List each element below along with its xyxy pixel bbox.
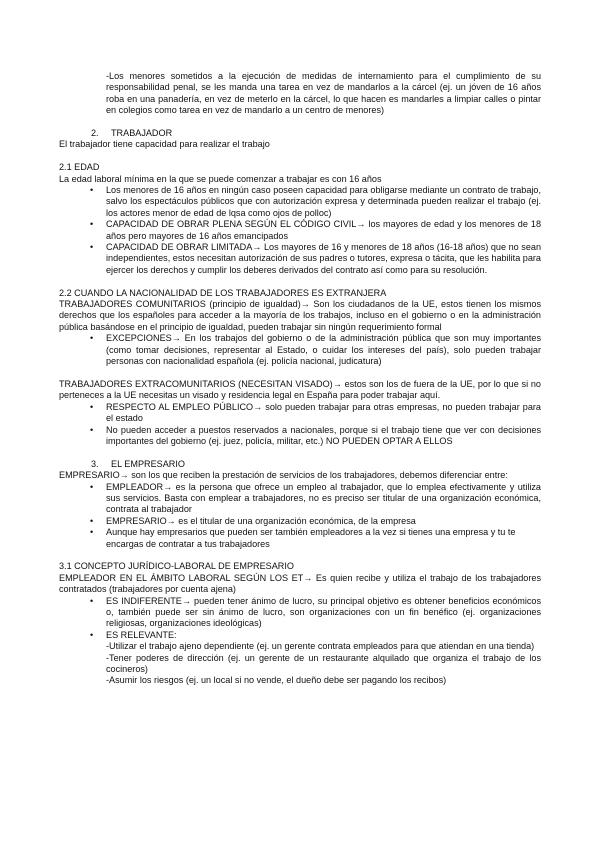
list-item: CAPACIDAD DE OBRAR PLENA SEGÚN EL CÓDIGO…	[59, 219, 541, 242]
list-item: No pueden acceder a puestos reservados a…	[59, 425, 541, 448]
list-item: CAPACIDAD DE OBRAR LIMITADA→ Los mayores…	[59, 242, 541, 276]
list-item: EXCEPCIONES→ En los trabajos del gobiern…	[59, 333, 541, 367]
section-3-1-list: ES INDIFERENTE→ pueden tener ánimo de lu…	[59, 596, 541, 687]
section-title: EL EMPRESARIO	[111, 459, 185, 469]
section-number: 3.	[91, 459, 111, 470]
intro-paragraph: -Los menores sometidos a la ejecución de…	[59, 71, 541, 117]
extracomunitarios-paragraph: TRABAJADORES EXTRACOMUNITARIOS (NECESITA…	[59, 379, 541, 402]
section-title: TRABAJADOR	[111, 128, 172, 138]
list-item: EMPLEADOR→ es la persona que ofrece un e…	[59, 482, 541, 516]
list-item: RESPECTO AL EMPLEO PÚBLICO→ solo pueden …	[59, 402, 541, 425]
relevante-item: -Utilizar el trabajo ajeno dependiente (…	[106, 641, 541, 652]
section-2-text: El trabajador tiene capacidad para reali…	[59, 139, 541, 150]
section-number: 2.	[91, 128, 111, 139]
section-2-1-list: Los menores de 16 años en ningún caso po…	[59, 185, 541, 276]
section-2-heading: 2.TRABAJADOR	[59, 128, 541, 139]
comunitarios-paragraph: TRABAJADORES COMUNITARIOS (principio de …	[59, 299, 541, 333]
section-3-text: EMPRESARIO→ son los que reciben la prest…	[59, 470, 541, 481]
section-3-1-text: EMPLEADOR EN EL ÁMBITO LABORAL SEGÚN LOS…	[59, 573, 541, 596]
extracomunitarios-list: RESPECTO AL EMPLEO PÚBLICO→ solo pueden …	[59, 402, 541, 448]
section-3-heading: 3.EL EMPRESARIO	[59, 459, 541, 470]
section-2-1-heading: 2.1 EDAD	[59, 162, 541, 173]
list-item: ES INDIFERENTE→ pueden tener ánimo de lu…	[59, 596, 541, 630]
relevante-item: -Asumir los riesgos (ej. un local si no …	[106, 675, 541, 686]
list-item: Aunque hay empresarios que pueden ser ta…	[59, 527, 541, 550]
section-3-1-heading: 3.1 CONCEPTO JURÍDICO-LABORAL DE EMPRESA…	[59, 561, 541, 572]
list-item: EMPRESARIO→ es el titular de una organiz…	[59, 516, 541, 527]
section-3-list: EMPLEADOR→ es la persona que ofrece un e…	[59, 482, 541, 550]
relevante-label: ES RELEVANTE:	[106, 630, 177, 640]
comunitarios-list: EXCEPCIONES→ En los trabajos del gobiern…	[59, 333, 541, 367]
section-2-1-text: La edad laboral mínima en la que se pued…	[59, 174, 541, 185]
list-item: Los menores de 16 años en ningún caso po…	[59, 185, 541, 219]
document-page: -Los menores sometidos a la ejecución de…	[59, 71, 541, 687]
relevante-item: -Tener poderes de dirección (ej. un gere…	[106, 653, 541, 676]
list-item: ES RELEVANTE: -Utilizar el trabajo ajeno…	[59, 630, 541, 687]
section-2-2-heading: 2.2 CUANDO LA NACIONALIDAD DE LOS TRABAJ…	[59, 288, 541, 299]
